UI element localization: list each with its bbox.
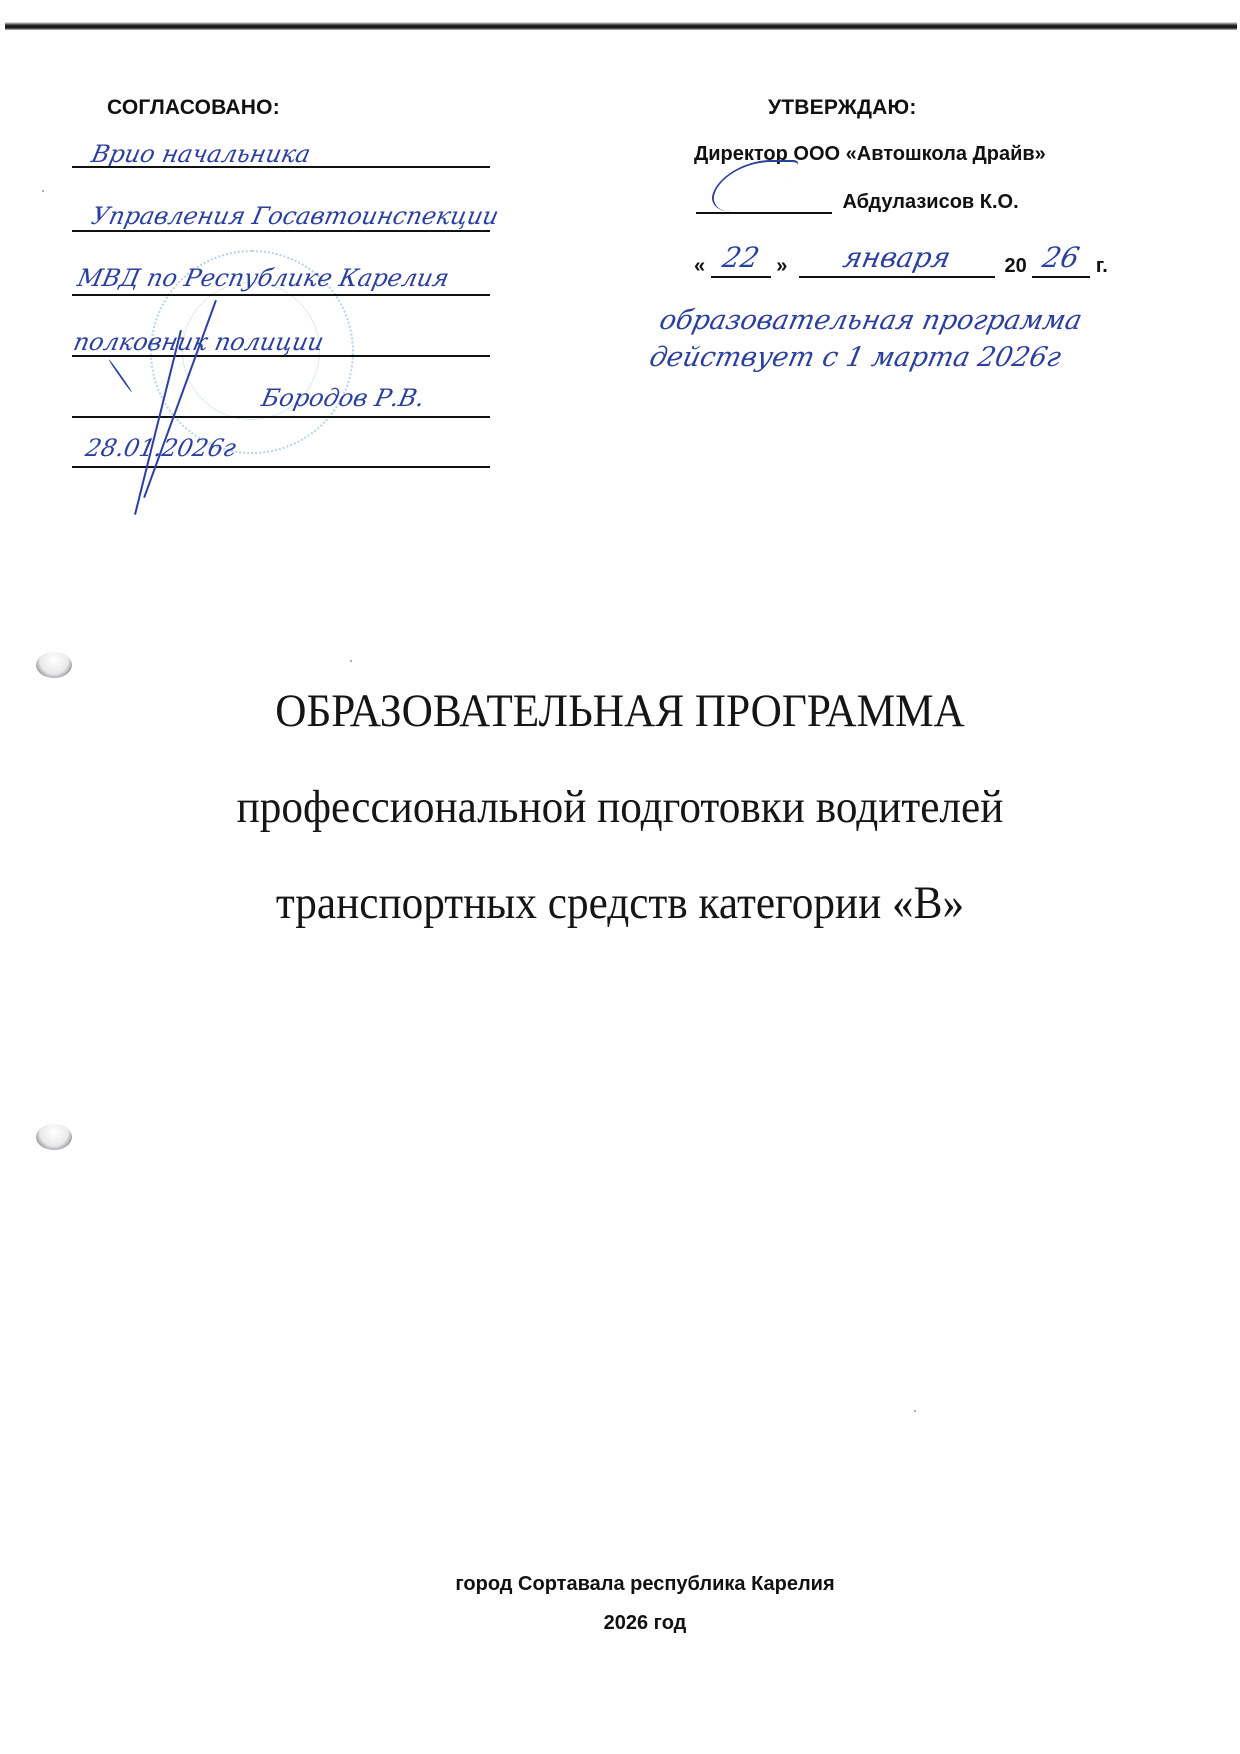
signature-blank: [696, 190, 832, 214]
date-day-blank: 22: [711, 254, 771, 278]
date-year-unit: г.: [1096, 255, 1108, 277]
scan-speck: [914, 1410, 916, 1412]
scan-top-edge: [5, 22, 1237, 30]
approver-name: Абдулазисов К.О.: [842, 191, 1018, 213]
scan-speck: [350, 660, 352, 662]
title-line-1: ОБРАЗОВАТЕЛЬНАЯ ПРОГРАММА: [50, 684, 1191, 738]
footer-city: город Сортавала республика Карелия: [0, 1573, 1240, 1596]
handwritten-line-5: Бородов Р.В.: [259, 384, 427, 412]
underline-1: [72, 166, 490, 168]
date-year-blank: 26: [1032, 254, 1090, 278]
date-month-blank: января: [799, 254, 995, 278]
approver-position: Директор ООО «Автошкола Драйв»: [694, 143, 1046, 166]
handwritten-note-line-2: действует с 1 марта 2026г: [647, 342, 1064, 373]
handwritten-line-2: Управления Госавтоинспекции: [89, 202, 501, 230]
approval-right-heading: УТВЕРЖДАЮ:: [768, 96, 917, 120]
underline-3: [72, 294, 490, 296]
date-year-suffix: 26: [1040, 241, 1083, 274]
handwritten-line-3: МВД по Республике Карелия: [75, 264, 452, 292]
punch-hole-top: [36, 652, 72, 678]
punch-hole-bottom: [36, 1124, 72, 1150]
date-month: января: [840, 241, 953, 274]
date-day: 22: [719, 241, 762, 274]
title-line-3: транспортных средств категории «В»: [50, 876, 1191, 930]
date-year-prefix: 20: [1005, 255, 1027, 277]
underline-5: [72, 416, 490, 418]
date-close-quote: »: [776, 255, 787, 277]
scan-speck: [42, 190, 44, 192]
approver-signature-row: Абдулазисов К.О.: [696, 190, 1013, 214]
handwritten-line-1: Врио начальника: [89, 140, 313, 168]
date-open-quote: «: [694, 255, 705, 277]
handwritten-note-line-1: образовательная программа: [657, 305, 1085, 336]
underline-2: [72, 230, 490, 232]
approval-left-heading: СОГЛАСОВАНО:: [107, 96, 280, 120]
underline-6: [72, 466, 490, 468]
footer-year: 2026 год: [0, 1612, 1240, 1635]
approval-date-row: « 22 » января 20 26 г.: [694, 254, 1108, 278]
title-line-2: профессиональной подготовки водителей: [50, 780, 1191, 834]
signature-right: [704, 160, 800, 212]
underline-4: [72, 355, 490, 357]
